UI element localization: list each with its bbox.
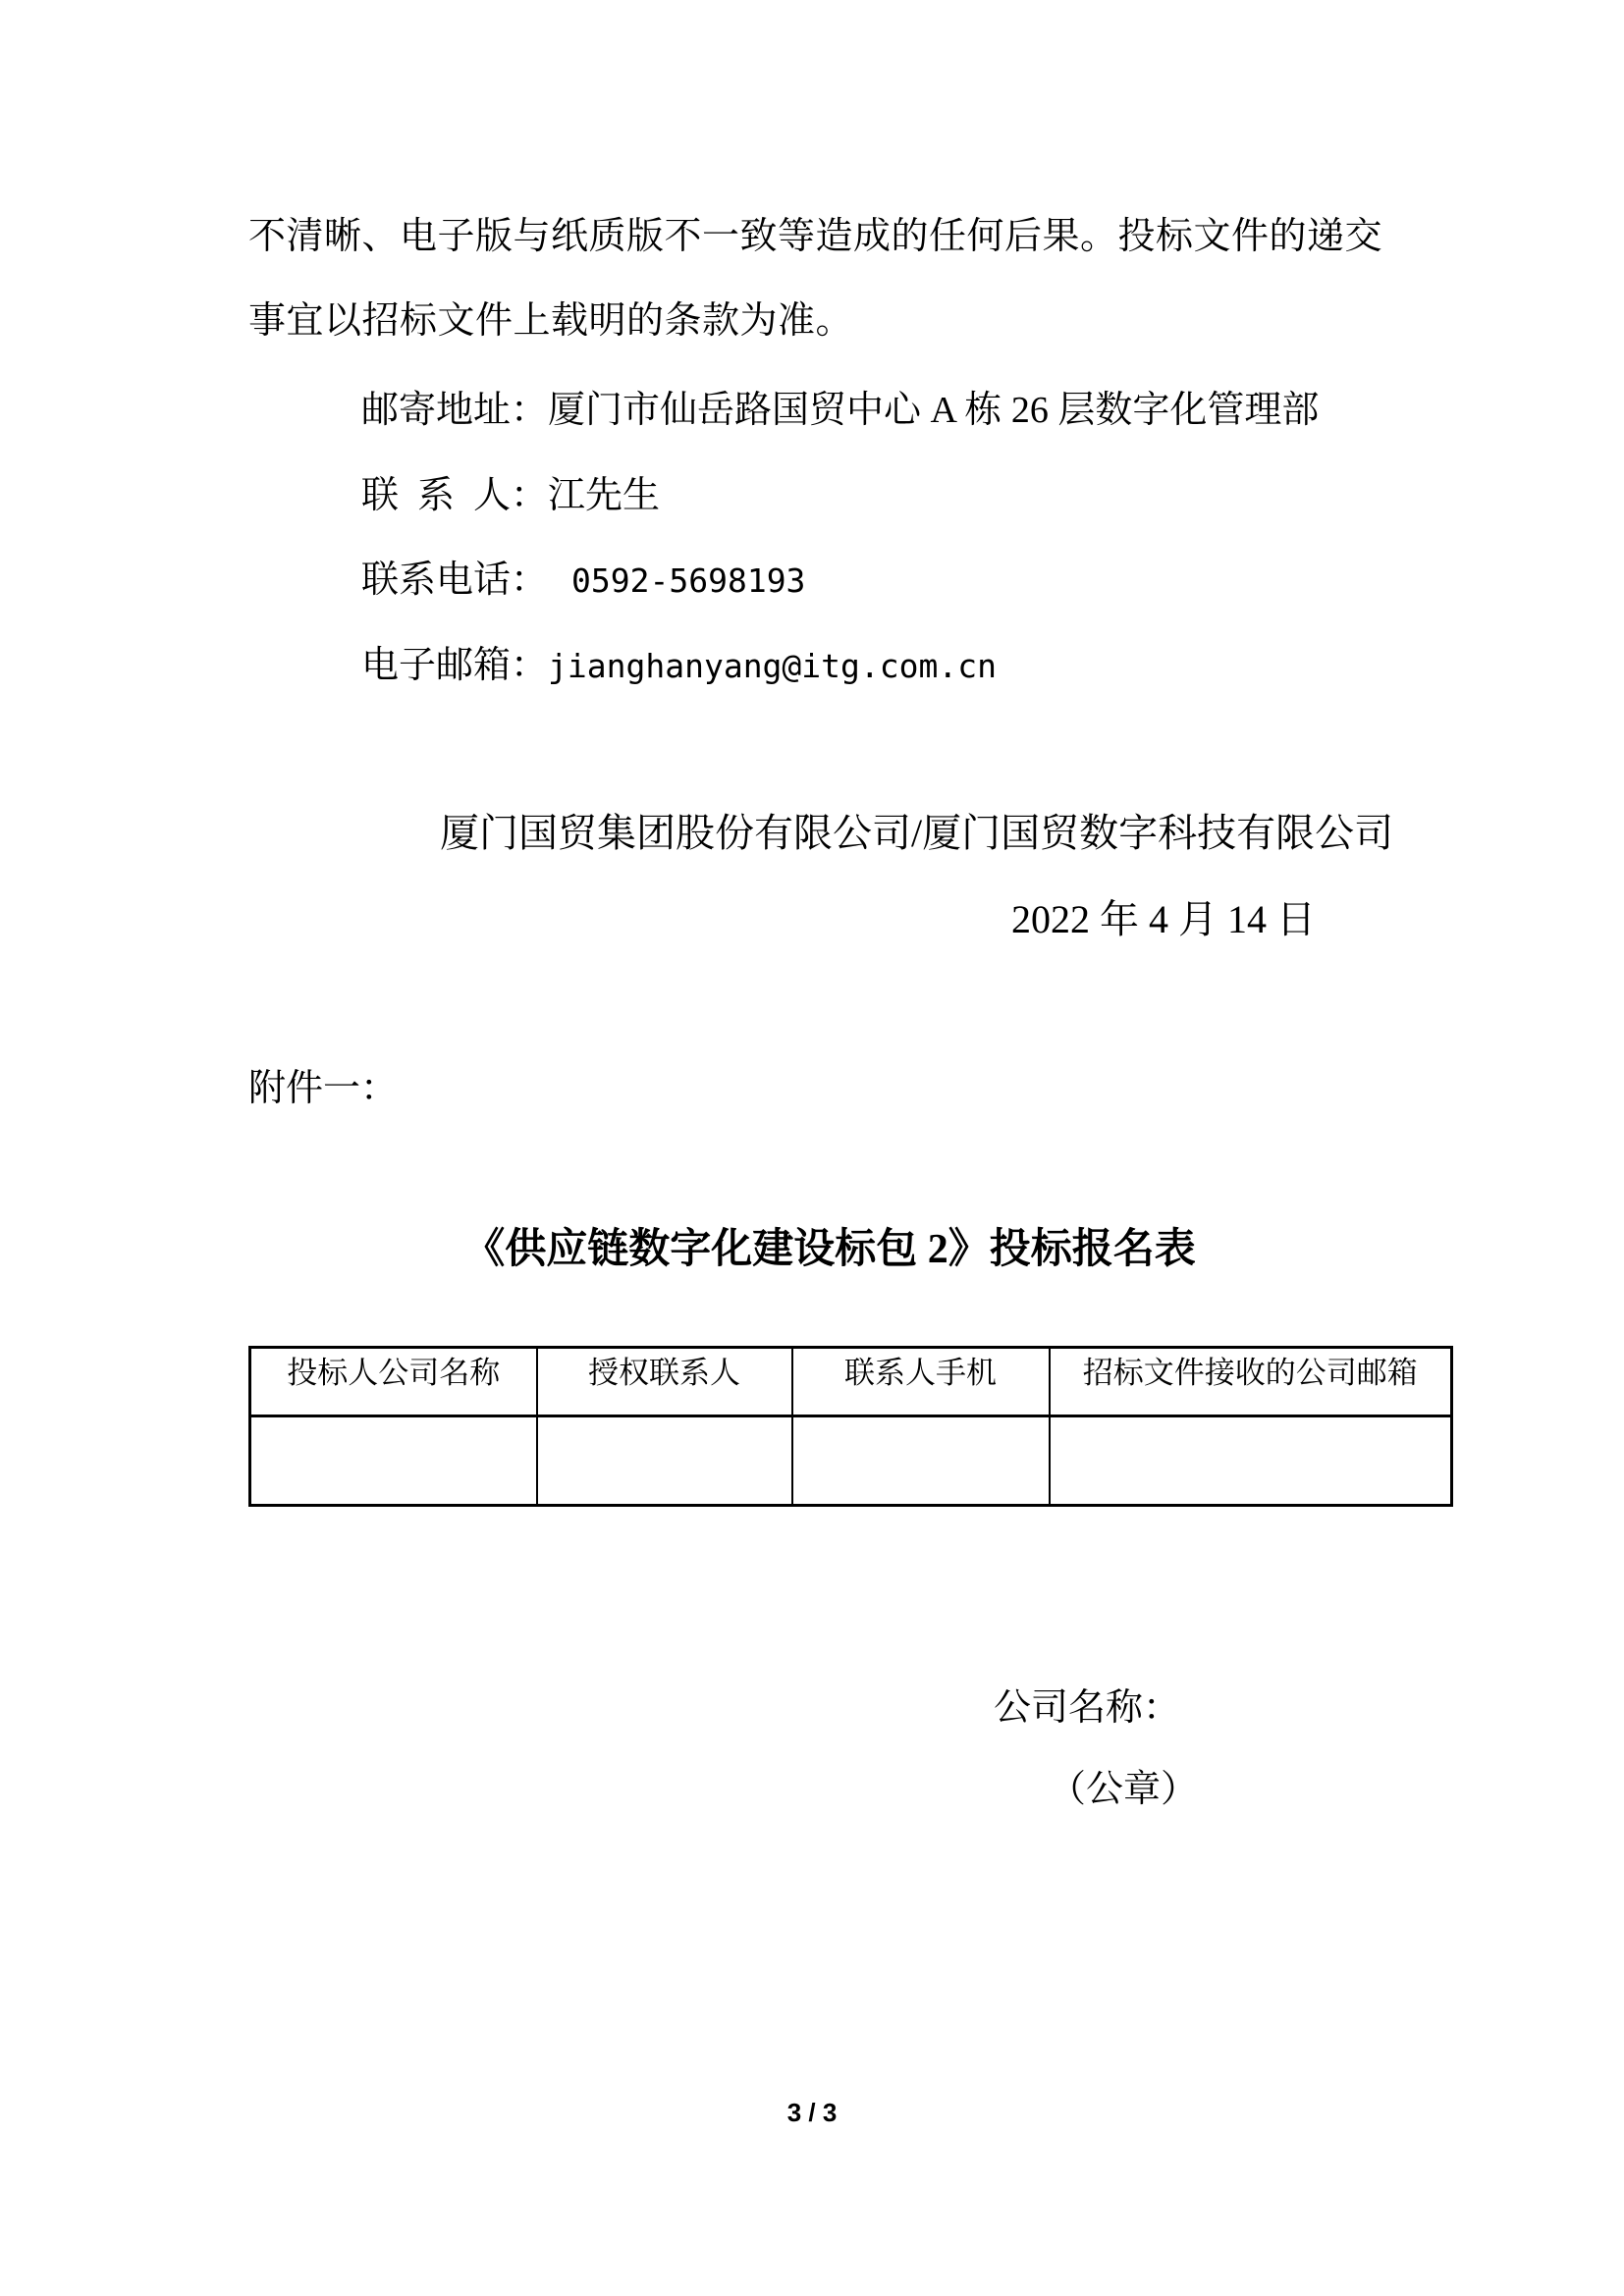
paragraph-line-1: 不清晰、电子版与纸质版不一致等造成的任何后果。投标文件的递交: [248, 216, 1382, 259]
cell-contact-mobile: [792, 1416, 1050, 1506]
contact-address-label: 邮寄地址：: [361, 390, 548, 431]
signup-table: 投标人公司名称 授权联系人 联系人手机 招标文件接收的公司邮箱: [248, 1346, 1453, 1507]
contact-email-label: 电子邮箱：: [361, 645, 548, 686]
contact-address-value: 厦门市仙岳路国贸中心 A 栋 26 层数字化管理部: [548, 390, 1319, 431]
attachment-table-title: 《供应链数字化建设标包 2》投标报名表: [0, 1226, 1624, 1273]
header-receiving-email: 招标文件接收的公司邮箱: [1050, 1348, 1452, 1416]
signature-date-line: 2022 年 4 月 14 日: [1011, 897, 1316, 942]
contact-person-value: 江先生: [548, 475, 660, 516]
page-number: 3 / 3: [0, 2099, 1624, 2127]
header-bidder-company-name: 投标人公司名称: [250, 1348, 537, 1416]
contact-address-row: 邮寄地址：厦门市仙岳路国贸中心 A 栋 26 层数字化管理部: [361, 390, 1319, 433]
document-page: 不清晰、电子版与纸质版不一致等造成的任何后果。投标文件的递交 事宜以招标文件上载…: [0, 0, 1624, 2296]
contact-email-value: jianghanyang@itg.com.cn: [548, 647, 997, 685]
contact-phone-label: 联系电话：: [361, 560, 548, 601]
contact-phone-row: 联系电话：0592-5698193: [361, 560, 805, 603]
contact-email-row: 电子邮箱：jianghanyang@itg.com.cn: [361, 645, 997, 688]
seal-label: （公章）: [1049, 1769, 1198, 1812]
contact-person-label: 联 系 人：: [361, 475, 548, 516]
signature-company-line: 厦门国贸集团股份有限公司/厦门国贸数字科技有限公司: [440, 811, 1393, 856]
attachment-heading: 附件一：: [248, 1068, 398, 1111]
signup-table-empty-row: [250, 1416, 1452, 1506]
contact-person-row: 联 系 人：江先生: [361, 475, 660, 518]
header-authorized-contact: 授权联系人: [537, 1348, 792, 1416]
cell-receiving-email: [1050, 1416, 1452, 1506]
cell-bidder-company-name: [250, 1416, 537, 1506]
cell-authorized-contact: [537, 1416, 792, 1506]
contact-phone-value: 0592-5698193: [571, 561, 805, 600]
header-contact-mobile: 联系人手机: [792, 1348, 1050, 1416]
company-name-label: 公司名称：: [994, 1687, 1180, 1731]
paragraph-line-2: 事宜以招标文件上载明的条款为准。: [248, 300, 853, 344]
signup-table-header-row: 投标人公司名称 授权联系人 联系人手机 招标文件接收的公司邮箱: [250, 1348, 1452, 1416]
